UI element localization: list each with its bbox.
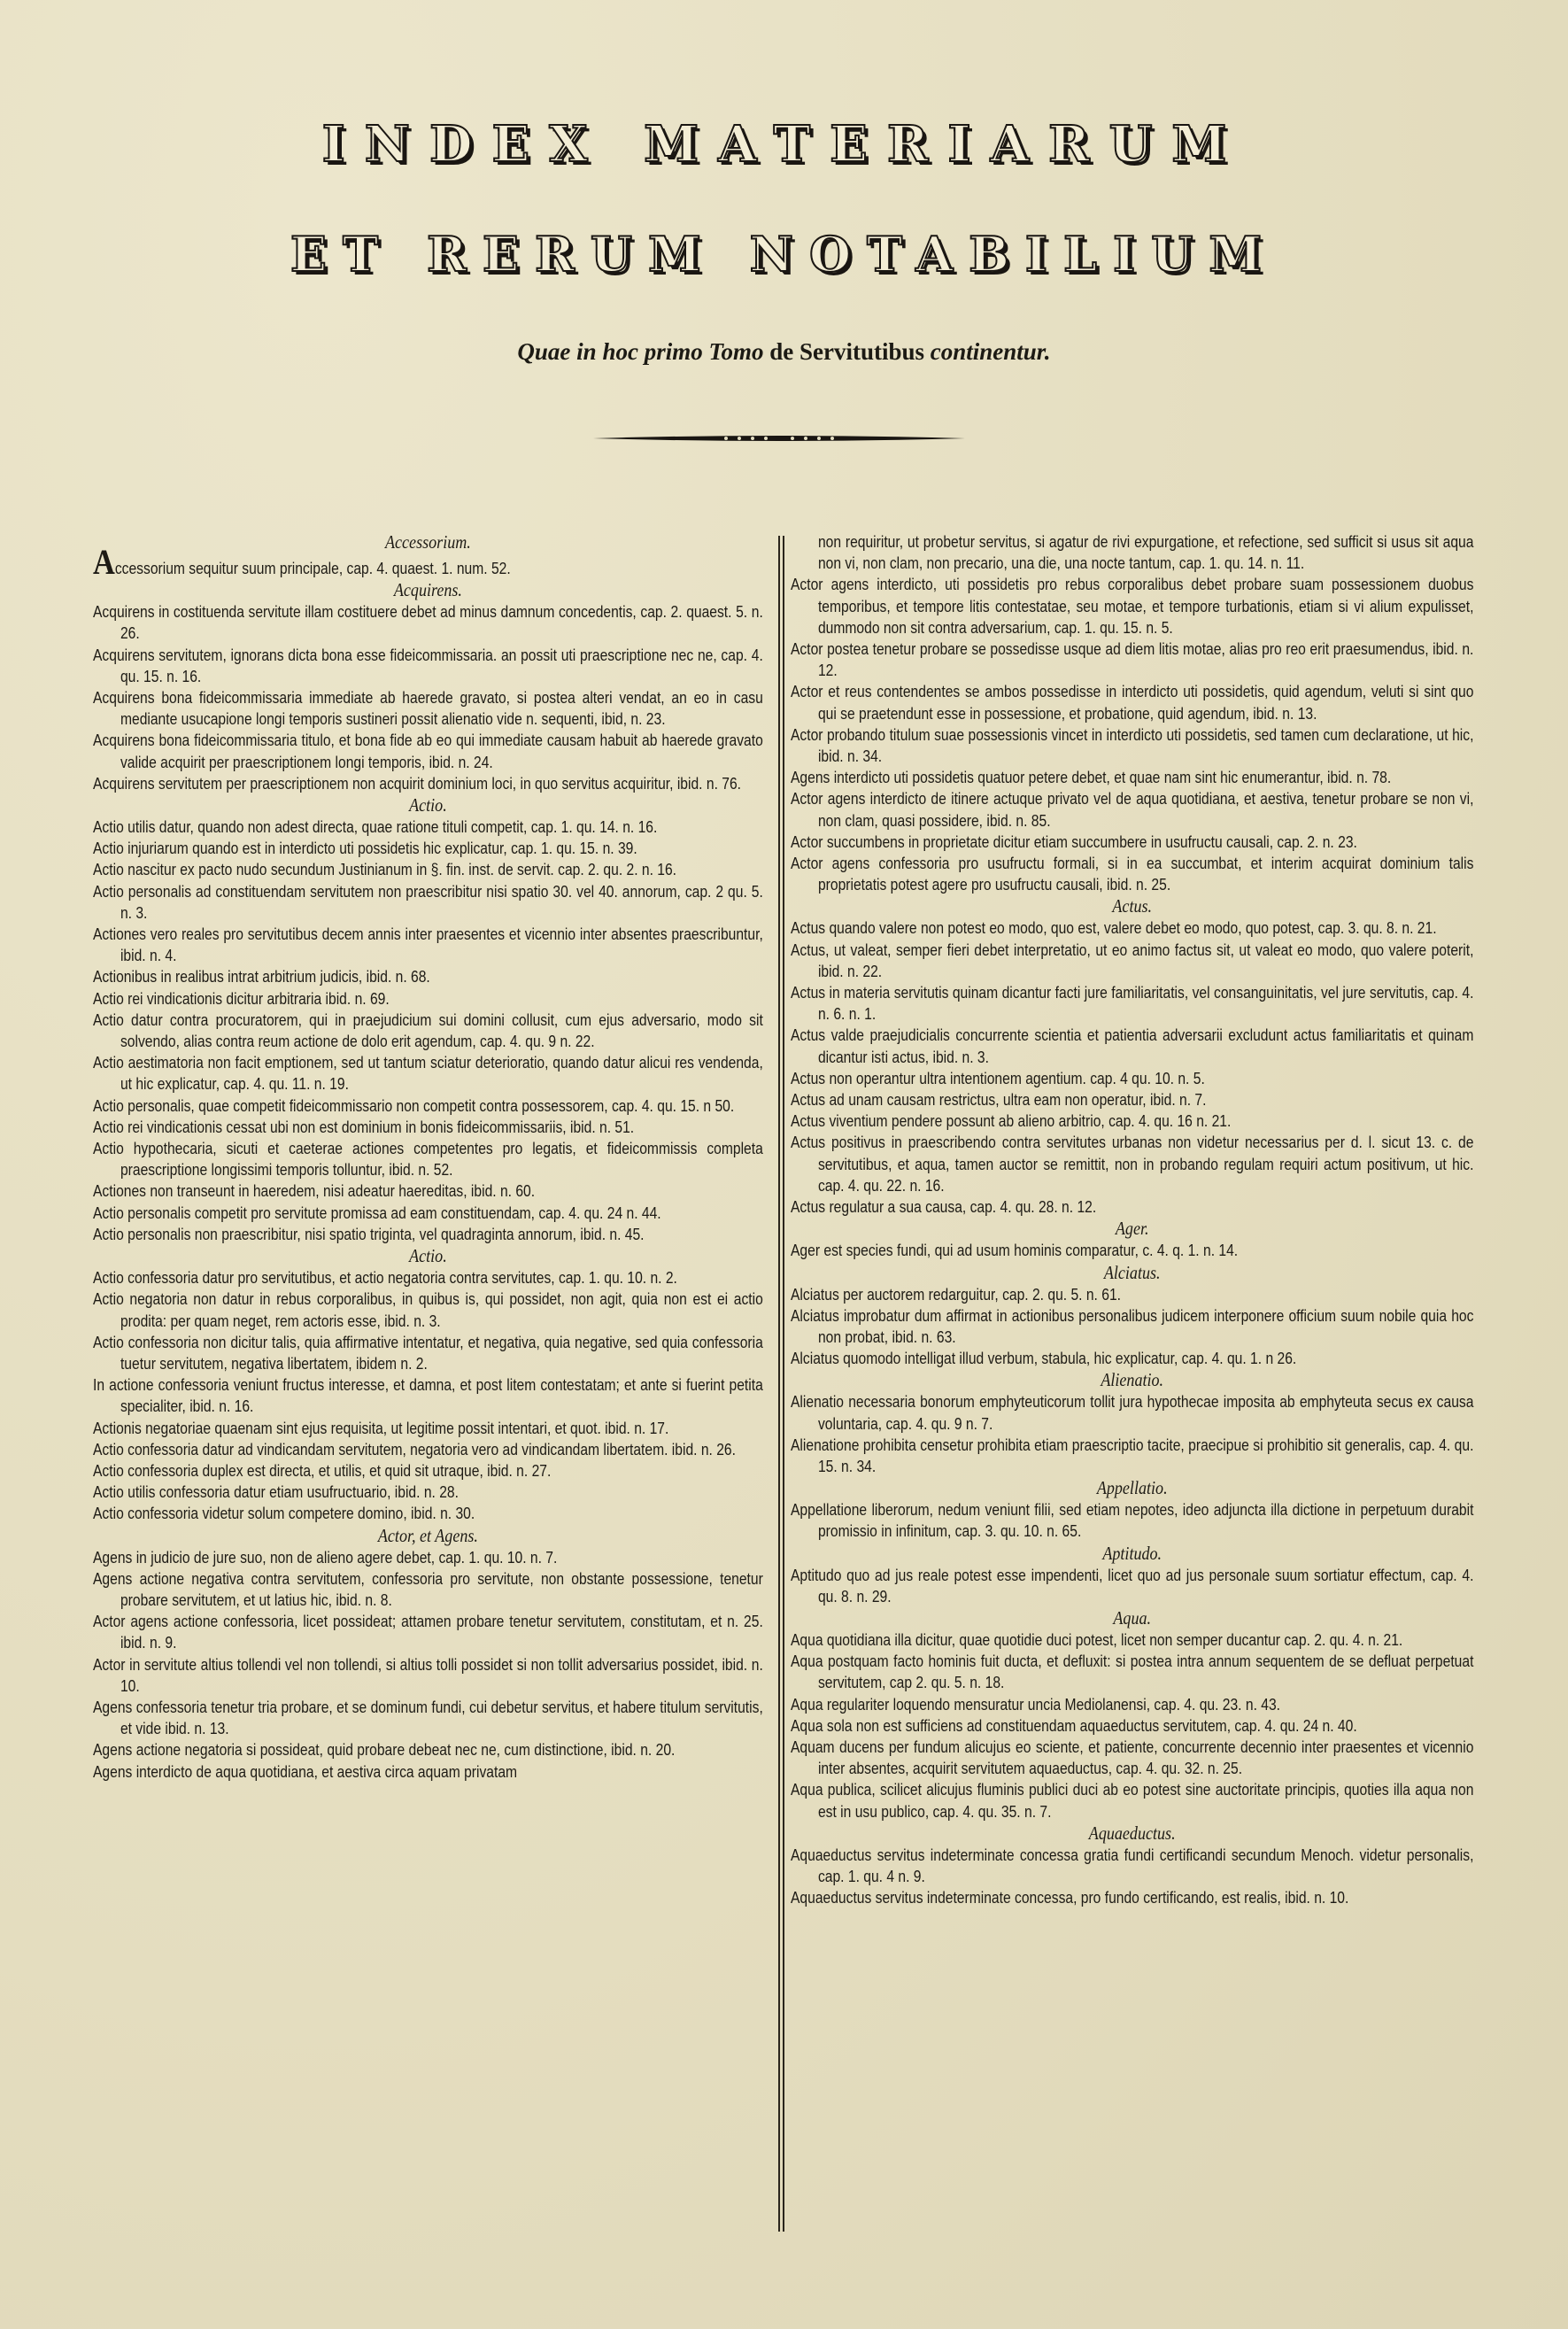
entry-text: Actio personalis, quae competit fideicom… [93, 1097, 734, 1115]
section-heading: Aptitudo. [791, 1543, 1473, 1565]
entry-text: Actio datur contra procuratorem, qui in … [93, 1011, 763, 1050]
index-entry: Aquam ducens per fundum alicujus eo scie… [791, 1737, 1473, 1779]
section-heading: Appellatio. [791, 1477, 1473, 1499]
entry-text: In actione confessoria veniunt fructus i… [93, 1376, 763, 1415]
entry-text: non requiritur, ut probetur servitus, si… [818, 533, 1473, 572]
ornament-rule-icon [593, 434, 965, 443]
entry-text: Actio confessoria datur ad vindicandam s… [93, 1441, 736, 1459]
entry-text: Actio negatoria non datur in rebus corpo… [93, 1290, 763, 1329]
index-entry: Actio confessoria non dicitur talis, qui… [93, 1332, 763, 1374]
entry-text: Actor in servitute altius tollendi vel n… [93, 1656, 763, 1695]
entry-text: Actor agens confessoria pro usufructu fo… [791, 855, 1473, 894]
entry-text: Actus positivus in praescribendo contra … [791, 1134, 1473, 1194]
entry-text: Actionibus in realibus intrat arbitrium … [93, 968, 430, 986]
drop-cap: A [93, 542, 115, 582]
entry-text: Actor probando titulum suae possessionis… [791, 726, 1473, 765]
entry-text: Acquirens bona fideicommissaria immediat… [93, 689, 763, 728]
entry-text: Actio utilis datur, quando non adest dir… [93, 818, 657, 836]
section-heading: Ager. [791, 1218, 1473, 1240]
index-entry: Actio aestimatoria non facit emptionem, … [93, 1052, 763, 1095]
entry-text: Actor agens actione confessoria, licet p… [93, 1613, 763, 1652]
entry-text: Aquaeductus servitus indeterminate conce… [791, 1889, 1348, 1907]
index-entry: Aqua publica, scilicet alicujus fluminis… [791, 1779, 1473, 1822]
entry-text: Actus viventium pendere possunt ab alien… [791, 1112, 1231, 1130]
index-entry: Actor agens interdicto, uti possidetis p… [791, 574, 1473, 638]
entry-text: Actionis negatoriae quaenam sint ejus re… [93, 1420, 668, 1437]
index-entry: Actor in servitute altius tollendi vel n… [93, 1654, 763, 1697]
entry-text: Acquirens bona fideicommissaria titulo, … [93, 731, 763, 770]
section-heading: Accessorium. [93, 531, 763, 553]
left-column: Accessorium.Accessorium sequitur suum pr… [93, 531, 763, 1783]
entry-text: Ager est species fundi, qui ad usum homi… [791, 1242, 1238, 1259]
entry-text: Actus regulatur a sua causa, cap. 4. qu.… [791, 1198, 1096, 1216]
entry-text: Actio confessoria non dicitur talis, qui… [93, 1334, 763, 1373]
section-heading: Acquirens. [93, 579, 763, 601]
column-divider [778, 536, 784, 2232]
entry-text: Aqua regulariter loquendo mensuratur unc… [791, 1696, 1280, 1714]
entry-text: Appellatione liberorum, nedum veniunt fi… [791, 1501, 1473, 1540]
entry-text: Alienatione prohibita censetur prohibita… [791, 1436, 1473, 1475]
index-entry: Actus in materia servitutis quinam dican… [791, 982, 1473, 1025]
index-entry: Actionibus in realibus intrat arbitrium … [93, 966, 763, 987]
index-entry: Acquirens servitutem, ignorans dicta bon… [93, 645, 763, 687]
index-entry-continuation: non requiritur, ut probetur servitus, si… [791, 531, 1473, 574]
entry-text: Actiones non transeunt in haeredem, nisi… [93, 1182, 535, 1200]
index-entry: Actor agens confessoria pro usufructu fo… [791, 853, 1473, 895]
entry-text: Acquirens servitutem per praescriptionem… [93, 775, 741, 793]
entry-text: ccessorium sequitur suum principale, cap… [115, 560, 511, 577]
index-entry: In actione confessoria veniunt fructus i… [93, 1374, 763, 1417]
index-entry: Actus viventium pendere possunt ab alien… [791, 1110, 1473, 1132]
entry-text: Agens in judicio de jure suo, non de ali… [93, 1549, 557, 1567]
index-entry: Aquaeductus servitus indeterminate conce… [791, 1887, 1473, 1908]
index-entry: Aqua postquam facto hominis fuit ducta, … [791, 1651, 1473, 1693]
right-column: non requiritur, ut probetur servitus, si… [791, 531, 1473, 1908]
subtitle-part-3: Servitutibus [799, 338, 931, 365]
index-entry: Aqua regulariter loquendo mensuratur unc… [791, 1694, 1473, 1715]
index-entry: Actio datur contra procuratorem, qui in … [93, 1010, 763, 1052]
section-heading: Actio. [93, 1245, 763, 1267]
index-entry: Actio utilis confessoria datur etiam usu… [93, 1482, 763, 1503]
index-title-line-2: ET RERUM NOTABILIUM [0, 226, 1568, 282]
entry-text: Agens actione negatoria si possideat, qu… [93, 1741, 675, 1759]
index-entry: Appellatione liberorum, nedum veniunt fi… [791, 1499, 1473, 1542]
index-entry: Actus valde praejudicialis concurrente s… [791, 1025, 1473, 1067]
index-entry: Actio rei vindicationis cessat ubi non e… [93, 1117, 763, 1138]
entry-text: Actio confessoria datur pro servitutibus… [93, 1269, 677, 1287]
index-entry: Actio utilis datur, quando non adest dir… [93, 816, 763, 838]
index-entry: Actus quando valere non potest eo modo, … [791, 917, 1473, 939]
index-entry: Alciatus improbatur dum affirmat in acti… [791, 1305, 1473, 1348]
entry-text: Actio hypothecaria, sicuti et caeterae a… [93, 1140, 763, 1179]
entry-text: Aqua publica, scilicet alicujus fluminis… [791, 1781, 1473, 1820]
subtitle-part-4: continentur. [931, 338, 1051, 365]
entry-text: Actiones vero reales pro servitutibus de… [93, 925, 763, 964]
entry-text: Actio utilis confessoria datur etiam usu… [93, 1483, 459, 1501]
entry-text: Actus valde praejudicialis concurrente s… [791, 1026, 1473, 1065]
entry-text: Alciatus improbatur dum affirmat in acti… [791, 1307, 1473, 1346]
index-entry: Actio confessoria datur pro servitutibus… [93, 1267, 763, 1288]
index-entry: Acquirens bona fideicommissaria immediat… [93, 687, 763, 730]
entry-text: Actio personalis non praescribitur, nisi… [93, 1226, 645, 1243]
entry-text: Actio personalis competit pro servitute … [93, 1204, 661, 1222]
index-entry: Actor et reus contendentes se ambos poss… [791, 681, 1473, 723]
index-entry: Actiones non transeunt in haeredem, nisi… [93, 1180, 763, 1202]
index-entry: Actus positivus in praescribendo contra … [791, 1132, 1473, 1196]
section-heading: Aqua. [791, 1607, 1473, 1629]
index-entry: Actio nascitur ex pacto nudo secundum Ju… [93, 859, 763, 880]
section-heading: Actus. [791, 895, 1473, 917]
index-entry: Alienatione prohibita censetur prohibita… [791, 1435, 1473, 1477]
index-entry: Agens confessoria tenetur tria probare, … [93, 1697, 763, 1739]
entry-text: Actio rei vindicationis cessat ubi non e… [93, 1118, 634, 1136]
index-entry: Actio injuriarum quando est in interdict… [93, 838, 763, 859]
index-entry: Alciatus quomodo intelligat illud verbum… [791, 1348, 1473, 1369]
subtitle-part-1: Quae in hoc primo Tomo [517, 338, 769, 365]
entry-text: Actor succumbens in proprietate dicitur … [791, 833, 1357, 851]
entry-text: Actus, ut valeat, semper fieri debet int… [791, 941, 1473, 980]
index-entry: Actus, ut valeat, semper fieri debet int… [791, 940, 1473, 982]
index-entry: Actio rei vindicationis dicitur arbitrar… [93, 988, 763, 1010]
entry-text: Actus non operantur ultra intentionem ag… [791, 1070, 1205, 1087]
index-entry: Alienatio necessaria bonorum emphyteutic… [791, 1391, 1473, 1434]
subtitle-part-2: de [769, 338, 799, 365]
entry-text: Alienatio necessaria bonorum emphyteutic… [791, 1393, 1473, 1432]
index-entry: Ager est species fundi, qui ad usum homi… [791, 1240, 1473, 1261]
index-entry: Actio negatoria non datur in rebus corpo… [93, 1288, 763, 1331]
entry-text: Agens confessoria tenetur tria probare, … [93, 1698, 763, 1737]
entry-text: Aqua postquam facto hominis fuit ducta, … [791, 1652, 1473, 1691]
entry-text: Alciatus quomodo intelligat illud verbum… [791, 1350, 1296, 1367]
entry-text: Actio injuriarum quando est in interdict… [93, 840, 637, 857]
index-entry: Agens in judicio de jure suo, non de ali… [93, 1547, 763, 1568]
index-entry: Actor probando titulum suae possessionis… [791, 724, 1473, 767]
entry-text: Actor agens interdicto de itinere actuqu… [791, 790, 1473, 829]
section-heading: Aquaeductus. [791, 1822, 1473, 1845]
entry-text: Actor postea tenetur probare se possedis… [791, 640, 1473, 679]
index-entry: Actio hypothecaria, sicuti et caeterae a… [93, 1138, 763, 1180]
section-heading: Actio. [93, 794, 763, 816]
index-entry: Actio personalis non praescribitur, nisi… [93, 1224, 763, 1245]
index-entry: Actio confessoria duplex est directa, et… [93, 1460, 763, 1482]
entry-text: Actor et reus contendentes se ambos poss… [791, 683, 1473, 722]
index-entry: Acquirens bona fideicommissaria titulo, … [93, 730, 763, 772]
entry-text: Actus in materia servitutis quinam dican… [791, 984, 1473, 1023]
section-heading: Alienatio. [791, 1369, 1473, 1391]
index-entry: Agens interdicto de aqua quotidiana, et … [93, 1761, 763, 1783]
index-entry: Accessorium sequitur suum principale, ca… [93, 553, 763, 579]
entry-text: Alciatus per auctorem redarguitur, cap. … [791, 1286, 1121, 1304]
index-entry: Actus regulatur a sua causa, cap. 4. qu.… [791, 1196, 1473, 1218]
entry-text: Aqua sola non est sufficiens ad constitu… [791, 1717, 1357, 1735]
entry-text: Actio aestimatoria non facit emptionem, … [93, 1054, 763, 1093]
index-entry: Actor postea tenetur probare se possedis… [791, 638, 1473, 681]
index-subtitle: Quae in hoc primo Tomo de Servitutibus c… [0, 338, 1568, 366]
index-entry: Agens actione negatoria si possideat, qu… [93, 1739, 763, 1760]
index-entry: Acquirens in costituenda servitute illam… [93, 601, 763, 644]
entry-text: Acquirens servitutem, ignorans dicta bon… [93, 646, 763, 685]
entry-text: Actus ad unam causam restrictus, ultra e… [791, 1091, 1206, 1109]
index-entry: Actus ad unam causam restrictus, ultra e… [791, 1089, 1473, 1110]
index-entry: Aptitudo quo ad jus reale potest esse im… [791, 1565, 1473, 1607]
entry-text: Aquam ducens per fundum alicujus eo scie… [791, 1738, 1473, 1777]
entry-text: Actor agens interdicto, uti possidetis p… [791, 576, 1473, 636]
document-page: INDEX MATERIARUM ET RERUM NOTABILIUM Qua… [0, 0, 1568, 2329]
entry-text: Aptitudo quo ad jus reale potest esse im… [791, 1567, 1473, 1606]
entry-text: Aquaeductus servitus indeterminate conce… [791, 1846, 1473, 1885]
index-entry: Actio personalis, quae competit fideicom… [93, 1095, 763, 1117]
section-heading: Actor, et Agens. [93, 1525, 763, 1547]
index-entry: Aqua sola non est sufficiens ad constitu… [791, 1715, 1473, 1737]
section-heading: Alciatus. [791, 1262, 1473, 1284]
index-entry: Actor succumbens in proprietate dicitur … [791, 832, 1473, 853]
index-entry: Actio personalis ad constituendam servit… [93, 881, 763, 924]
index-entry: Actionis negatoriae quaenam sint ejus re… [93, 1418, 763, 1439]
index-entry: Actor agens actione confessoria, licet p… [93, 1611, 763, 1653]
index-entry: Aquaeductus servitus indeterminate conce… [791, 1845, 1473, 1887]
index-entry: Agens actione negativa contra servitutem… [93, 1568, 763, 1611]
index-entry: Actus non operantur ultra intentionem ag… [791, 1068, 1473, 1089]
index-entry: Aqua quotidiana illa dicitur, quae quoti… [791, 1629, 1473, 1651]
index-entry: Alciatus per auctorem redarguitur, cap. … [791, 1284, 1473, 1305]
entry-text: Actio confessoria videtur solum competer… [93, 1505, 475, 1522]
index-entry: Actio confessoria datur ad vindicandam s… [93, 1439, 763, 1460]
index-entry: Actio personalis competit pro servitute … [93, 1203, 763, 1224]
entry-text: Actio confessoria duplex est directa, et… [93, 1462, 551, 1480]
entry-text: Acquirens in costituenda servitute illam… [93, 603, 763, 642]
entry-text: Agens actione negativa contra servitutem… [93, 1570, 763, 1609]
entry-text: Actio rei vindicationis dicitur arbitrar… [93, 990, 390, 1008]
entry-text: Actus quando valere non potest eo modo, … [791, 919, 1437, 937]
index-entry: Actio confessoria videtur solum competer… [93, 1503, 763, 1524]
index-entry: Actor agens interdicto de itinere actuqu… [791, 788, 1473, 831]
entry-text: Agens interdicto de aqua quotidiana, et … [93, 1763, 517, 1781]
index-entry: Actiones vero reales pro servitutibus de… [93, 924, 763, 966]
entry-text: Agens interdicto uti possidetis quatuor … [791, 769, 1391, 786]
entry-text: Actio nascitur ex pacto nudo secundum Ju… [93, 861, 676, 878]
index-entry: Agens interdicto uti possidetis quatuor … [791, 767, 1473, 788]
entry-text: Aqua quotidiana illa dicitur, quae quoti… [791, 1631, 1402, 1649]
entry-text: Actio personalis ad constituendam servit… [93, 883, 763, 922]
index-entry: Acquirens servitutem per praescriptionem… [93, 773, 763, 794]
index-title-line-1: INDEX MATERIARUM [0, 115, 1568, 174]
